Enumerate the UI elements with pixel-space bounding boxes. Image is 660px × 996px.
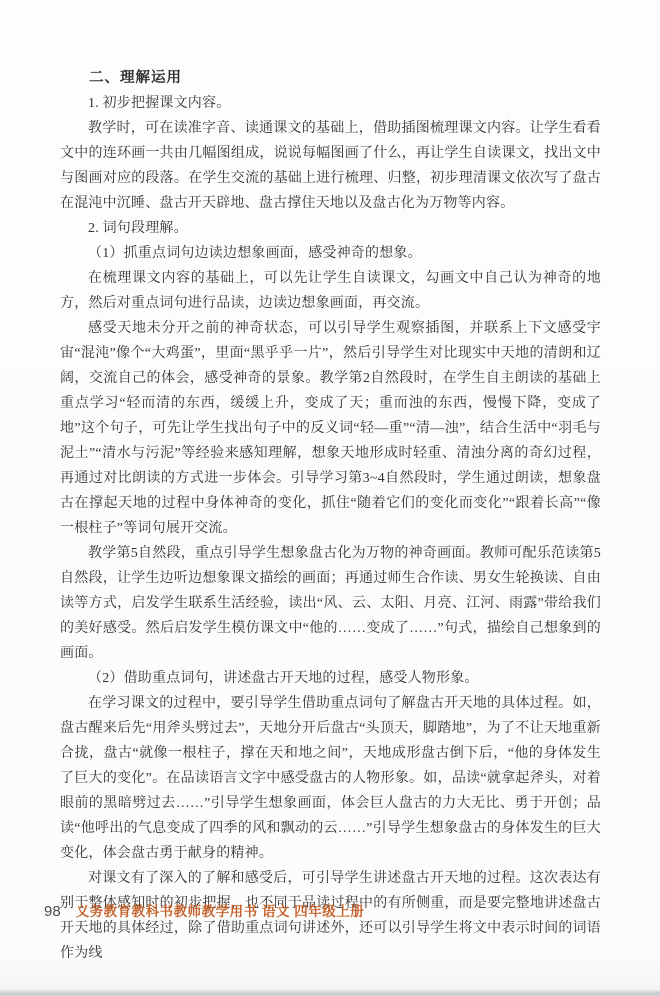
page-content: 二、理解运用 1. 初步把握课文内容。 教学时，可在读准字音、读通课文的基础上，…: [60, 66, 601, 966]
section-heading: 二、理解运用: [60, 66, 601, 91]
page-bottom-edge: [0, 990, 660, 996]
paragraph: 感受天地未分开之前的神奇状态，可以引导学生观察插图，并联系上下文感受宇宙“混沌”…: [60, 316, 601, 541]
paragraph: 教学时，可在读准字音、读通课文的基础上，借助插图梳理课文内容。让学生看看文中的连…: [60, 116, 601, 216]
paragraph: 在梳理课文内容的基础上，可以先让学生自读课文，勾画文中自己认为神奇的地方，然后对…: [60, 266, 601, 316]
page-number: 98: [44, 903, 61, 920]
page-footer: 98 义务教育教科书教师教学用书 语文 四年级上册: [44, 900, 604, 920]
paragraph: 教学第5自然段，重点引导学生想象盘古化为万物的神奇画面。教师可配乐范读第5自然段…: [60, 541, 601, 666]
paragraph: （2）借助重点词句，讲述盘古开天地的过程，感受人物形象。: [60, 666, 601, 691]
paragraph: 2. 词句段理解。: [60, 216, 601, 241]
paragraph: 在学习课文的过程中，要引导学生借助重点词句了解盘古开天地的具体过程。如，盘古醒来…: [60, 691, 601, 866]
paragraph: 1. 初步把握课文内容。: [60, 91, 601, 116]
footer-book-title: 义务教育教科书教师教学用书 语文 四年级上册: [76, 900, 365, 920]
paragraph: （1）抓重点词句边读边想象画面，感受神奇的想象。: [60, 241, 601, 266]
book-page: 二、理解运用 1. 初步把握课文内容。 教学时，可在读准字音、读通课文的基础上，…: [0, 0, 660, 996]
